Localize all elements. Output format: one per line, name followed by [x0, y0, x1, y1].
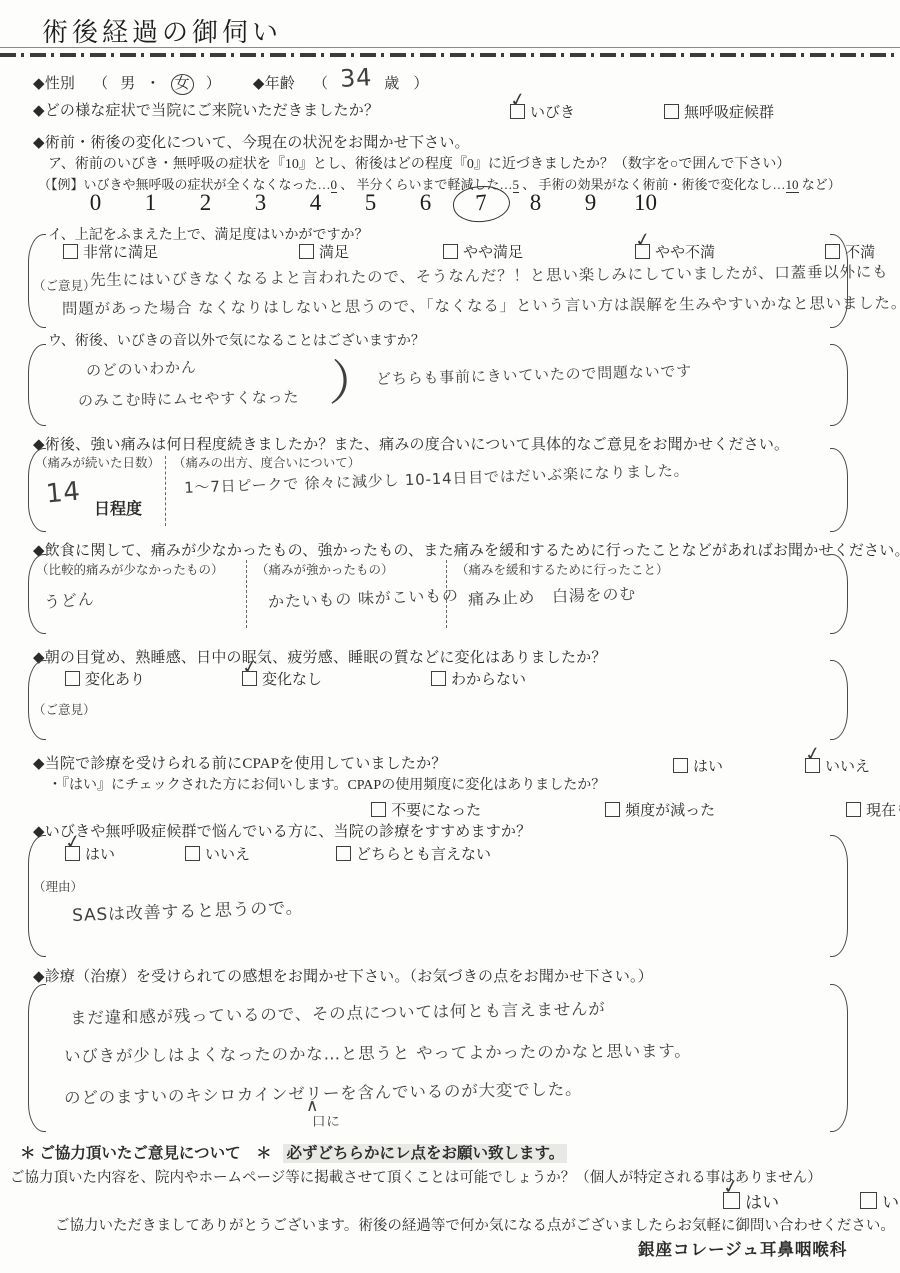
- impressions-question: ◆診療（治療）を受けられての感想をお聞かせ下さい。（お気づきの点をお聞かせ下さい…: [33, 965, 653, 986]
- comment-label: （ご意見）: [33, 276, 96, 294]
- checkbox-square: [846, 802, 861, 817]
- checkbox-label: 満足: [319, 241, 349, 262]
- checkbox-label: 不満: [845, 241, 875, 262]
- checkbox-square: [431, 671, 446, 686]
- checkbox-cpap-unneeded[interactable]: 不要になった: [371, 799, 481, 820]
- food-col3-value: 痛み止め 白湯をのむ: [468, 581, 637, 610]
- food-col1-value: うどん: [43, 586, 95, 612]
- checkbox-label: はい: [745, 1188, 779, 1213]
- age-value-handwritten[interactable]: 34: [339, 63, 373, 93]
- pain-box: （痛みが続いた日数） （痛みの出方、度合いについて） 14 日程度 1～7日ピー…: [28, 448, 848, 532]
- age-paren-open: （: [313, 76, 328, 92]
- check-mark: ✓: [804, 744, 824, 766]
- checkbox-somewhat-dissatisfied[interactable]: ✓ やや不満: [635, 241, 715, 262]
- bracket-right: [830, 344, 848, 426]
- scale-8[interactable]: 8: [508, 190, 563, 222]
- checkbox-publish-yes[interactable]: ✓ はい: [723, 1188, 779, 1213]
- food-divider-2: [446, 560, 447, 628]
- footer-thanks: ご協力いただきましてありがとうございます。術後の経過等で何か気になる点がございま…: [55, 1214, 895, 1235]
- bracket-left: [28, 344, 46, 426]
- checkbox-change-yes[interactable]: 変化あり: [65, 668, 145, 689]
- age-paren-close: ）: [413, 76, 428, 92]
- checkbox-label: いいえ: [882, 1188, 900, 1213]
- bracket-right: [830, 660, 848, 740]
- bracket-right: [830, 554, 848, 634]
- food-col3-label: （痛みを緩和するために行ったこと）: [456, 560, 669, 578]
- checkbox-label: いびき: [530, 101, 575, 122]
- satisfaction-comment-line1: 先生にはいびきなくなるよと言われたので、そうなんだ？！と思い楽しみにしていました…: [90, 260, 889, 290]
- gender-option-male[interactable]: 男: [120, 76, 135, 92]
- checkbox-cpap-yes[interactable]: はい: [673, 755, 723, 776]
- checkbox-square: [605, 802, 620, 817]
- pain-divider: [165, 456, 166, 526]
- gender-label: ◆性別: [33, 76, 75, 92]
- impressions-box: まだ違和感が残っているので、その点については何とも言えませんが いびきが少しはよ…: [28, 984, 848, 1132]
- impressions-line2: いびきが少しはよくなったのかな…と思うと やってよかったのかなと思います。: [64, 1037, 692, 1066]
- title-underline: [0, 47, 900, 48]
- dash-dot-divider: [0, 53, 900, 57]
- checkbox-dissatisfied[interactable]: 不満: [825, 241, 875, 262]
- check-mark: ✓: [240, 657, 260, 679]
- checkbox-square: [63, 244, 78, 259]
- concerns-line1: のどのいわかん: [86, 356, 197, 381]
- bracket-right: [830, 984, 848, 1132]
- bracket-right: [830, 448, 848, 532]
- circled-number: 7: [452, 184, 512, 225]
- checkbox-recommend-yes[interactable]: ✓ はい: [65, 843, 115, 864]
- checkbox-label: 変化あり: [85, 668, 145, 689]
- checkbox-square: [825, 244, 840, 259]
- checkbox-somewhat-satisfied[interactable]: やや満足: [443, 241, 523, 262]
- page-title: 術後経過の御伺い: [42, 12, 282, 49]
- scale-6[interactable]: 6: [398, 190, 453, 222]
- checkbox-recommend-no[interactable]: いいえ: [185, 843, 250, 864]
- scale-0[interactable]: 0: [68, 190, 123, 222]
- checkbox-label: やや満足: [463, 241, 523, 262]
- checkbox-cpap-reduced[interactable]: 頻度が減った: [605, 799, 715, 820]
- scale-9[interactable]: 9: [563, 190, 618, 222]
- food-col2-label: （痛みが強かったもの）: [256, 560, 394, 578]
- cpap-followup: ・『はい』にチェックされた方にお伺いします。CPAPの使用頻度に変化はありました…: [48, 774, 605, 794]
- checkbox-change-unknown[interactable]: わからない: [431, 668, 526, 689]
- pain-days-unit: 日程度: [94, 496, 142, 519]
- concerns-box: のどのいわかん のみこむ時にムセやすくなった ） どちらも事前にきいていたので問…: [28, 344, 848, 426]
- check-mark: ✓: [63, 832, 83, 854]
- bracket-left: [28, 984, 46, 1132]
- checkbox-publish-no[interactable]: いいえ: [860, 1188, 900, 1213]
- checkbox-very-satisfied[interactable]: 非常に満足: [63, 241, 158, 262]
- gender-paren-open: （: [93, 76, 108, 92]
- gender-paren-close: ）: [206, 76, 221, 92]
- checkbox-label: はい: [85, 843, 115, 864]
- checkbox-label: 現在も使用中: [866, 799, 900, 820]
- checkbox-cpap-still-using[interactable]: 現在も使用中: [846, 799, 900, 820]
- checkbox-square: [371, 802, 386, 817]
- satisfaction-box: 非常に満足 満足 やや満足 ✓ やや不満 不満 どちらとも言えない （ご意見） …: [28, 234, 848, 328]
- checkbox-square: [299, 244, 314, 259]
- age-label: ◆年齢: [253, 76, 295, 92]
- recommend-reason: SASは改善すると思うので。: [72, 893, 304, 926]
- satisfaction-comment-line2: 問題があった場合 なくなりはしないと思うので、「なくなる」という言い方は誤解を生…: [62, 291, 900, 319]
- concerns-note: どちらも事前にきいていたので問題ないです: [376, 360, 692, 389]
- bracket-right: [830, 835, 848, 957]
- checkbox-label: やや不満: [655, 241, 715, 262]
- checkbox-label: 無呼吸症候群: [684, 101, 774, 122]
- publish-question: ご協力頂いた内容を、院内やホームページ等に掲載させて頂くことは可能でしょうか？（…: [10, 1166, 822, 1187]
- example-part: など）: [799, 177, 841, 192]
- checkbox-snoring[interactable]: ✓ いびき: [510, 101, 575, 122]
- food-divider-1: [246, 560, 247, 628]
- scale-1[interactable]: 1: [123, 190, 178, 222]
- scale-7-selected[interactable]: 7: [453, 190, 508, 222]
- reason-label: （理由）: [33, 877, 83, 895]
- gender-separator: ・: [145, 76, 160, 92]
- checkbox-label: 頻度が減った: [625, 799, 715, 820]
- checkbox-cpap-no[interactable]: ✓ いいえ: [805, 755, 870, 776]
- checkbox-label: どちらとも言えない: [356, 843, 491, 864]
- scale-2[interactable]: 2: [178, 190, 233, 222]
- checkbox-square: [443, 244, 458, 259]
- scale-4[interactable]: 4: [288, 190, 343, 222]
- checkbox-square: [65, 671, 80, 686]
- insert-text: 口に: [312, 1110, 341, 1130]
- change-heading: ◆術前・術後の変化について、今現在の状況をお聞かせ下さい。: [33, 131, 470, 152]
- questionnaire-page: 術後経過の御伺い ◆性別 （ 男 ・ 女 ） ◆年齢 （ 34 歳 ） ◆どの様…: [0, 0, 900, 1273]
- scale-5[interactable]: 5: [343, 190, 398, 222]
- age-unit: 歳: [384, 76, 399, 92]
- checkbox-label: 非常に満足: [83, 241, 158, 262]
- checkbox-change-none[interactable]: ✓ 変化なし: [242, 668, 322, 689]
- clinic-name: 銀座コレージュ耳鼻咽喉科: [638, 1236, 847, 1260]
- checkbox-square: [185, 846, 200, 861]
- checkbox-label: わからない: [451, 668, 526, 689]
- concerns-handwritten-paren: ）: [328, 344, 382, 416]
- pain-days-label: （痛みが続いた日数）: [35, 453, 160, 471]
- checkbox-apnea[interactable]: 無呼吸症候群: [664, 101, 774, 122]
- concerns-line2: のみこむ時にムセやすくなった: [78, 386, 300, 411]
- check-mark: ✓: [508, 90, 528, 112]
- pain-days-value[interactable]: 14: [45, 477, 82, 510]
- checkbox-square: [336, 846, 351, 861]
- comment-label: （ご意見）: [33, 700, 96, 718]
- cpap-question: ◆当院で診療を受けられる前にCPAPを使用していましたか？: [33, 752, 446, 773]
- checkbox-label: 変化なし: [262, 668, 322, 689]
- footer-star-left: ＊ ご協力頂いたご意見について ＊: [20, 1145, 272, 1162]
- recommend-box: ✓ はい いいえ どちらとも言えない （理由） SASは改善すると思うので。: [28, 835, 848, 957]
- example-ten: 10: [786, 177, 799, 193]
- checkbox-label: いいえ: [205, 843, 250, 864]
- checkbox-label: はい: [693, 755, 723, 776]
- scale-3[interactable]: 3: [233, 190, 288, 222]
- impressions-line1: まだ違和感が残っているので、その点については何とも言えませんが: [70, 995, 606, 1028]
- pain-detail-label: （痛みの出方、度合いについて）: [173, 453, 360, 471]
- sleep-box: 変化あり ✓ 変化なし わからない （ご意見）: [28, 660, 848, 740]
- checkbox-square: [664, 104, 679, 119]
- checkbox-label: いいえ: [825, 755, 870, 776]
- impressions-line3: のどのますいのキシロカインゼリーを含んでいるのが大変でした。: [64, 1075, 583, 1108]
- footer-star-line: ＊ ご協力頂いたご意見について ＊ 必ずどちらかにレ点をお願い致します。: [20, 1141, 567, 1163]
- food-box: （比較的痛みが少なかったもの） うどん （痛みが強かったもの） かたいもの 味が…: [28, 554, 848, 634]
- footer-star-highlight: 必ずどちらかにレ点をお願い致します。: [283, 1144, 567, 1163]
- bracket-left: [28, 835, 46, 957]
- symptom-question: ◆どの様な症状で当院にご来院いただきましたか？: [33, 99, 379, 120]
- checkbox-label: 不要になった: [391, 799, 481, 820]
- checkbox-square: [860, 1192, 877, 1209]
- check-mark: ✓: [634, 230, 654, 252]
- scale-10[interactable]: 10: [618, 190, 673, 222]
- checkbox-square: [673, 758, 688, 773]
- checkbox-recommend-neither[interactable]: どちらとも言えない: [336, 843, 491, 864]
- checkbox-satisfied[interactable]: 満足: [299, 241, 349, 262]
- gender-option-female-circled[interactable]: 女: [171, 74, 194, 95]
- food-col2-value: かたいもの 味がこいもの: [268, 583, 459, 613]
- profile-row: ◆性別 （ 男 ・ 女 ） ◆年齢 （ 34 歳 ）: [33, 66, 429, 95]
- food-col1-label: （比較的痛みが少なかったもの）: [36, 560, 224, 578]
- rating-scale: 0 1 2 3 4 5 6 7 8 9 10: [68, 190, 673, 222]
- check-mark: ✓: [722, 1177, 742, 1199]
- change-sub-a: ア、術前のいびき・無呼吸の症状を『10』とし、術後はどの程度『0』に近づきました…: [48, 153, 790, 173]
